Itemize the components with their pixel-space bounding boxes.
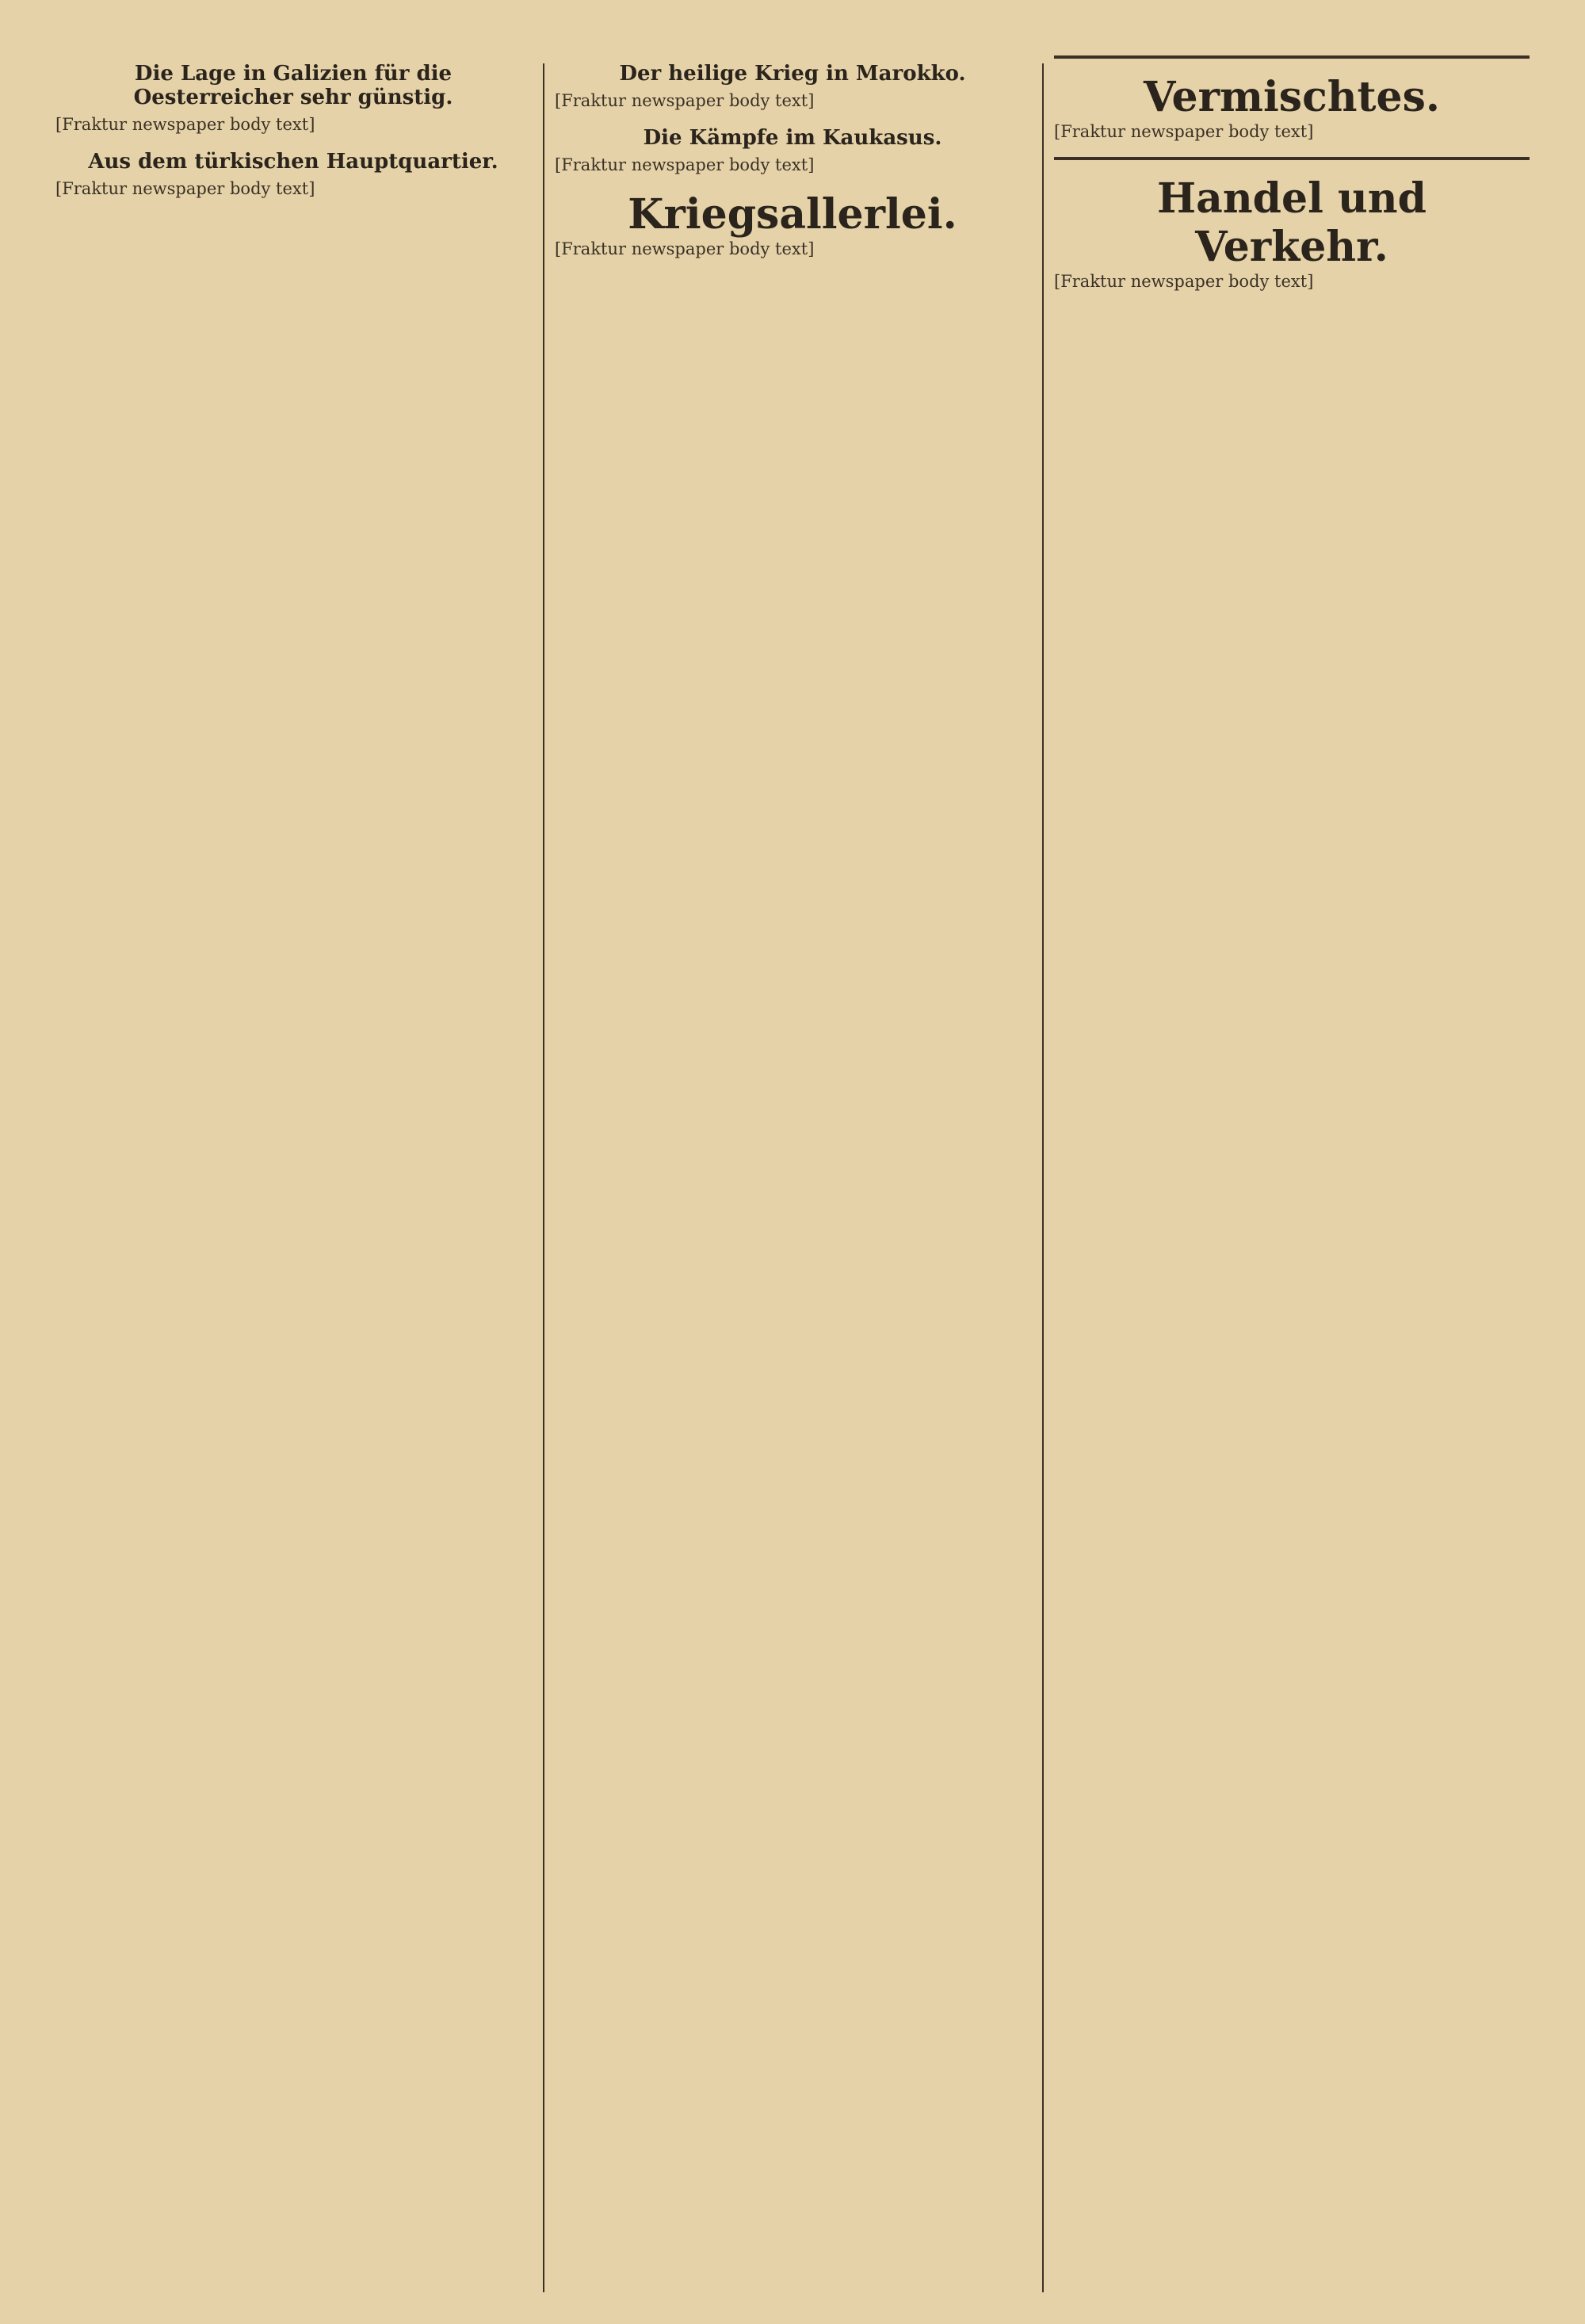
column-1: Die Lage in Galizien für die Oesterreich… xyxy=(55,48,531,2292)
section-title: Vermischtes. xyxy=(1054,73,1530,121)
column-3: Vermischtes.[Fraktur newspaper body text… xyxy=(1054,48,1530,2292)
article-body: [Fraktur newspaper body text] xyxy=(1054,271,1530,292)
article-body: [Fraktur newspaper body text] xyxy=(1054,121,1530,143)
article-body: [Fraktur newspaper body text] xyxy=(555,90,1030,112)
section-title: Kriegsallerlei. xyxy=(555,190,1030,239)
article-body: [Fraktur newspaper body text] xyxy=(55,114,531,136)
headline: Die Lage in Galizien für die Oesterreich… xyxy=(55,62,531,109)
divider xyxy=(1054,55,1530,59)
article-body: [Fraktur newspaper body text] xyxy=(555,239,1030,260)
article-body: [Fraktur newspaper body text] xyxy=(55,178,531,200)
newspaper-page: Die Lage in Galizien für die Oesterreich… xyxy=(0,0,1585,2324)
headline: Die Kämpfe im Kaukasus. xyxy=(555,126,1030,150)
column-rule xyxy=(543,63,544,2292)
divider xyxy=(1054,157,1530,160)
section-title: Handel und Verkehr. xyxy=(1054,174,1530,271)
article-body: [Fraktur newspaper body text] xyxy=(555,155,1030,176)
headline: Aus dem türkischen Hauptquartier. xyxy=(55,150,531,174)
headline: Der heilige Krieg in Marokko. xyxy=(555,62,1030,86)
column-2: Der heilige Krieg in Marokko.[Fraktur ne… xyxy=(555,48,1030,2292)
column-rule xyxy=(1042,63,1044,2292)
